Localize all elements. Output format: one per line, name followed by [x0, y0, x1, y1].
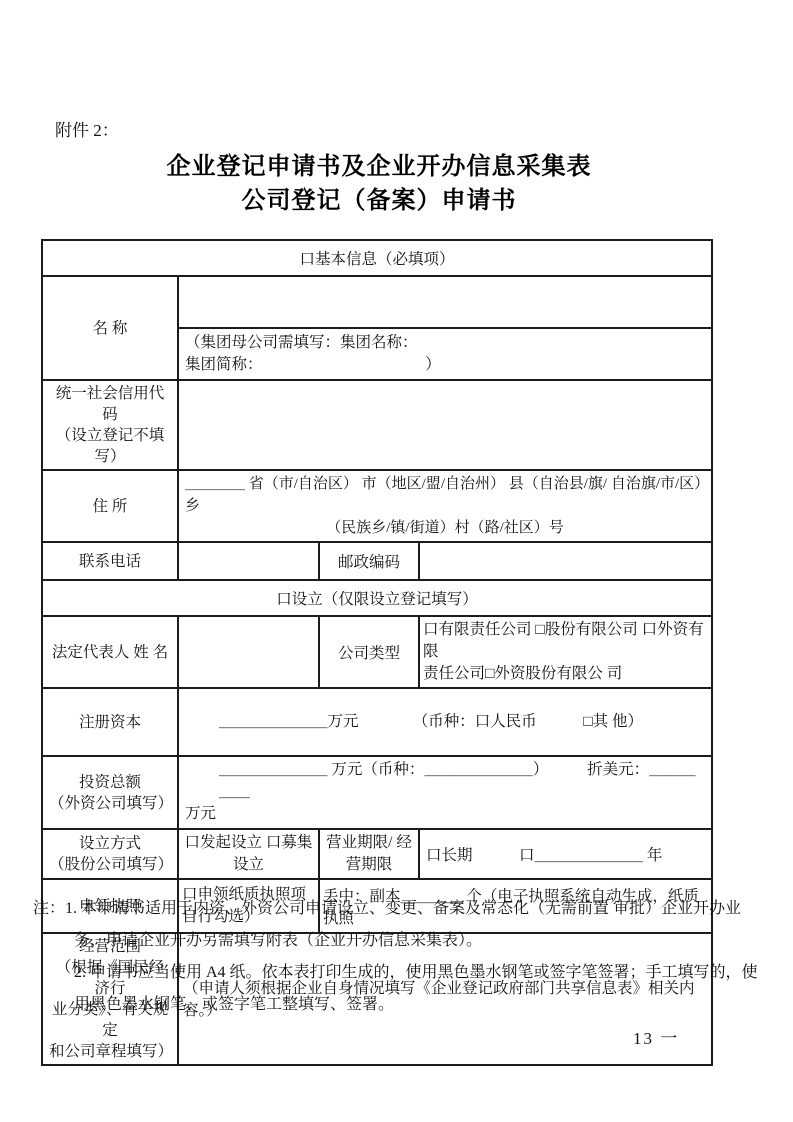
section-setup-header: 口设立（仅限设立登记填写）: [42, 580, 712, 616]
row-investment: 投资总额 （外资公司填写） ＿＿＿＿＿＿＿ 万元（币种：＿＿＿＿＿＿＿） 折美元…: [42, 756, 712, 829]
investment-line-2: 万元: [185, 803, 705, 825]
footnote-1: 注：1. 本申请书适用于内资、外资公司申请设立、变更、备案及常态化（无需前置 审…: [33, 893, 766, 957]
address-cell: ＿＿＿＿ 省（市/自治区） 市（地区/盟/自治州） 县（自治县/旗/ 自治旗/市…: [178, 470, 712, 542]
address-line-1: ＿＿＿＿ 省（市/自治区） 市（地区/盟/自治州） 县（自治县/旗/ 自治旗/市…: [185, 473, 705, 517]
reg-capital-value-cell: ＿＿＿＿＿＿＿万元 （币种：口人民币 □其 他）: [178, 688, 712, 756]
postal-blank-cell: [419, 542, 712, 580]
investment-field-label: 投资总额 （外资公司填写）: [42, 756, 178, 829]
uscc-field-label: 统一社会信用代码 （设立登记不填写）: [42, 380, 178, 470]
footnote-2: 2. 申请书应当使用 A4 纸。依本表打印生成的，使用黑色墨水钢笔或签字笔签署；…: [33, 957, 766, 1021]
page-number: 13 一: [633, 1024, 679, 1049]
setup-method-options-cell: 口发起设立 口募集设立: [178, 829, 319, 879]
title-line-2: 公司登记（备案）申请书: [0, 184, 758, 218]
phone-field-label: 联系电话: [42, 542, 178, 580]
postal-field-label: 邮政编码: [319, 542, 419, 580]
company-type-label: 公司类型: [319, 616, 419, 688]
address-field-label: 住 所: [42, 470, 178, 542]
company-type-line-2: 责任公司□外资股份有限公 司: [423, 663, 708, 685]
group-abbr-line: 集团简称： ）: [185, 354, 705, 376]
setup-method-field-label: 设立方式 （股份公司填写）: [42, 829, 178, 879]
company-type-line-1: 口有限责任公司 □股份有限公司 口外资有限: [423, 619, 708, 663]
row-reg-capital: 注册资本 ＿＿＿＿＿＿＿万元 （币种：口人民币 □其 他）: [42, 688, 712, 756]
row-section-setup: 口设立（仅限设立登记填写）: [42, 580, 712, 616]
business-term-value-cell: 口长期 口＿＿＿＿＿＿＿ 年: [419, 829, 712, 879]
name-field-label: 名 称: [42, 276, 178, 380]
company-type-options-cell: 口有限责任公司 □股份有限公司 口外资有限 责任公司□外资股份有限公 司: [419, 616, 712, 688]
group-name-line: （集团母公司需填写：集团名称：: [185, 332, 705, 354]
attachment-label: 附件 2：: [55, 116, 119, 141]
investment-line-1: ＿＿＿＿＿＿＿ 万元（币种：＿＿＿＿＿＿＿） 折美元：＿＿＿＿＿: [185, 759, 705, 803]
row-address: 住 所 ＿＿＿＿ 省（市/自治区） 市（地区/盟/自治州） 县（自治县/旗/ 自…: [42, 470, 712, 542]
legal-rep-blank-cell: [178, 616, 319, 688]
section-basic-header: 口基本信息（必填项）: [42, 240, 712, 276]
document-title: 企业登记申请书及企业开办信息采集表 公司登记（备案）申请书: [0, 150, 758, 218]
name-blank-cell: [178, 276, 712, 328]
row-section-basic: 口基本信息（必填项）: [42, 240, 712, 276]
reg-capital-field-label: 注册资本: [42, 688, 178, 756]
title-line-1: 企业登记申请书及企业开办信息采集表: [0, 150, 758, 184]
footnote-prefix: 注：: [33, 900, 65, 917]
row-setup-method: 设立方式 （股份公司填写） 口发起设立 口募集设立 营业期限/ 经 营期限 口长…: [42, 829, 712, 879]
document-page: 附件 2： 企业登记申请书及企业开办信息采集表 公司登记（备案）申请书 口基本信…: [0, 0, 793, 1122]
row-legal-rep: 法定代表人 姓 名 公司类型 口有限责任公司 □股份有限公司 口外资有限 责任公…: [42, 616, 712, 688]
row-uscc: 统一社会信用代码 （设立登记不填写）: [42, 380, 712, 470]
phone-blank-cell: [178, 542, 319, 580]
address-line-2: （民族乡/镇/街道）村（路/社区）号: [185, 517, 705, 539]
footnotes: 注：1. 本申请书适用于内资、外资公司申请设立、变更、备案及常态化（无需前置 审…: [33, 893, 766, 1021]
investment-value-cell: ＿＿＿＿＿＿＿ 万元（币种：＿＿＿＿＿＿＿） 折美元：＿＿＿＿＿ 万元: [178, 756, 712, 829]
legal-rep-field-label: 法定代表人 姓 名: [42, 616, 178, 688]
row-name-top: 名 称: [42, 276, 712, 328]
row-phone: 联系电话 邮政编码: [42, 542, 712, 580]
uscc-blank-cell: [178, 380, 712, 470]
name-group-cell: （集团母公司需填写：集团名称： 集团简称： ）: [178, 328, 712, 380]
business-term-label: 营业期限/ 经 营期限: [319, 829, 419, 879]
